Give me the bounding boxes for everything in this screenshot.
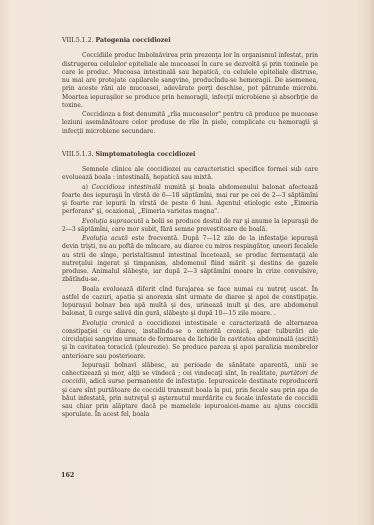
spacer bbox=[62, 137, 318, 151]
page-content: VIII.5.1.2. Patogenia coccidiozei Coccid… bbox=[62, 37, 318, 420]
paragraph-text: este frecventă. După 7—12 zile de la inf… bbox=[62, 235, 318, 283]
section-heading-patogenia: VIII.5.1.2. Patogenia coccidiozei bbox=[62, 37, 318, 45]
emphasis-term: Coccidioza intestinală bbox=[92, 184, 161, 191]
section-number: VIII.5.1.2. bbox=[62, 37, 93, 44]
paragraph: Iepuraşii bolnavi slăbesc, au perioade d… bbox=[62, 362, 318, 420]
paragraph: a) Coccidioza intestinală numită şi boal… bbox=[62, 184, 318, 217]
list-prefix: a) bbox=[82, 184, 92, 191]
paragraph: Evoluţia acută este frecventă. După 7—12… bbox=[62, 235, 318, 285]
emphasis-term: Evoluţia supraacută bbox=[82, 218, 144, 225]
paragraph-text: , adică surse permanente de infestaţie. … bbox=[62, 378, 318, 418]
book-page: VIII.5.1.2. Patogenia coccidiozei Coccid… bbox=[0, 0, 374, 525]
paragraph-text: Boala evoluează diferit cînd furajarea s… bbox=[62, 286, 318, 318]
page-number: 162 bbox=[61, 471, 74, 479]
emphasis-term: Evoluţia cronică bbox=[82, 320, 134, 327]
paragraph: Boala evoluează diferit cînd furajarea s… bbox=[62, 286, 318, 319]
section-heading-simptomatologia: VIII.5.1.3. Simptomatologia coccidiozei bbox=[62, 151, 318, 159]
paragraph: Coccidioza a fost denumită „rîia mucoase… bbox=[62, 111, 318, 136]
paragraph: Evoluţia supraacută a bolii se produce d… bbox=[62, 218, 318, 235]
section-number: VIII.5.1.3. bbox=[62, 151, 93, 158]
section-title: Patogenia coccidiozei bbox=[95, 37, 170, 44]
emphasis-term: Evoluţia acută bbox=[82, 235, 128, 242]
paragraph: Evoluţia cronică a coccidiozei intestina… bbox=[62, 320, 318, 361]
paragraph: Coccidiile produc îmbolnăvirea prin prez… bbox=[62, 52, 318, 110]
paragraph: Semnele clinice ale coccidiozei au carac… bbox=[62, 166, 318, 183]
paragraph-text: Semnele clinice ale coccidiozei au carac… bbox=[62, 166, 318, 181]
page-edge bbox=[368, 0, 374, 525]
section-title: Simptomatologia coccidiozei bbox=[95, 151, 195, 158]
